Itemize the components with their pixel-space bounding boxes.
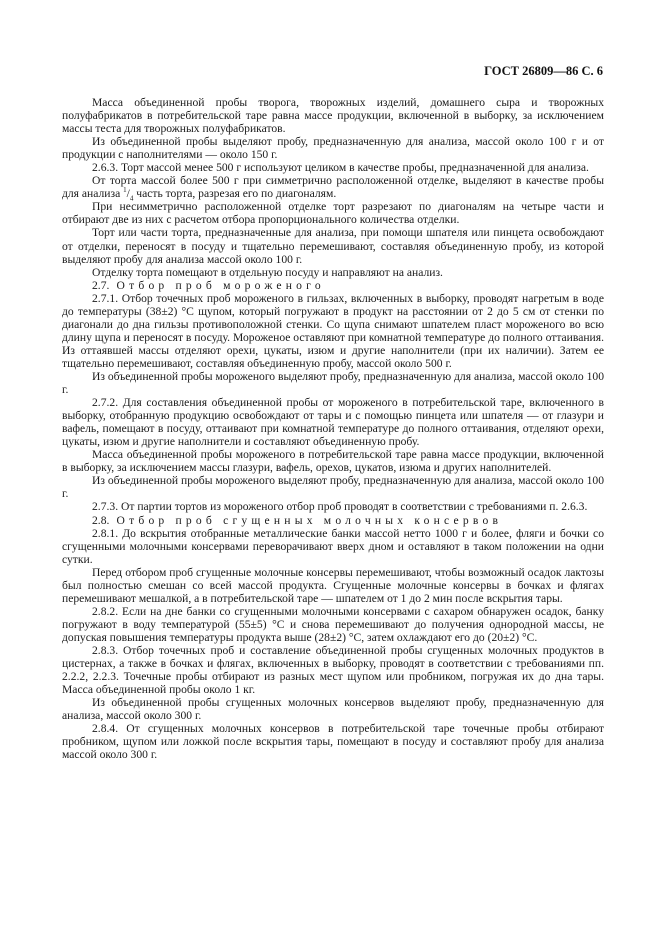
page-header: ГОСТ 26809—86 С. 6 [484, 64, 603, 79]
section-heading: 2.7. Отбор проб мороженого [62, 279, 604, 292]
paragraph: Торт или части торта, предназначенные дл… [62, 226, 604, 265]
paragraph: 2.8.3. Отбор точечных проб и составление… [62, 644, 604, 696]
fraction-numerator: 1 [123, 186, 127, 194]
paragraph: Масса объединенной пробы творога, творож… [62, 96, 604, 135]
paragraph: 2.7.3. От партии тортов из мороженого от… [62, 500, 604, 513]
paragraph: Из объединенной пробы сгущенных молочных… [62, 696, 604, 722]
document-body: Масса объединенной пробы творога, творож… [62, 96, 604, 761]
paragraph: 2.6.3. Торт массой менее 500 г использую… [62, 161, 604, 174]
section-number: 2.7. [92, 279, 109, 292]
paragraph: 2.7.1. Отбор точечных проб мороженого в … [62, 292, 604, 370]
paragraph: При несимметрично расположенной отделке … [62, 200, 604, 226]
paragraph: Масса объединенной пробы мороженого в по… [62, 448, 604, 474]
section-title: Отбор проб сгущенных молочных консервов [117, 514, 503, 527]
paragraph: Перед отбором проб сгущенные молочные ко… [62, 566, 604, 605]
paragraph: 2.8.2. Если на дне банки со сгущенными м… [62, 605, 604, 644]
paragraph: Отделку торта помещают в отдельную посуд… [62, 266, 604, 279]
paragraph: От торта массой более 500 г при симметри… [62, 174, 604, 200]
paragraph: Из объединенной пробы выделяют пробу, пр… [62, 135, 604, 161]
paragraph-text: часть торта, разрезая его по диагоналям. [133, 187, 336, 200]
section-number: 2.8. [92, 514, 109, 527]
section-title: Отбор проб мороженого [117, 279, 325, 292]
section-heading: 2.8. Отбор проб сгущенных молочных консе… [62, 514, 604, 527]
paragraph: Из объединенной пробы мороженого выделяю… [62, 370, 604, 396]
paragraph: 2.7.2. Для составления объединенной проб… [62, 396, 604, 448]
document-page: ГОСТ 26809—86 С. 6 Масса объединенной пр… [0, 0, 661, 935]
paragraph: Из объединенной пробы мороженого выделяю… [62, 474, 604, 500]
paragraph: 2.8.1. До вскрытия отобранные металличес… [62, 527, 604, 566]
paragraph: 2.8.4. От сгущенных молочных консервов в… [62, 722, 604, 761]
